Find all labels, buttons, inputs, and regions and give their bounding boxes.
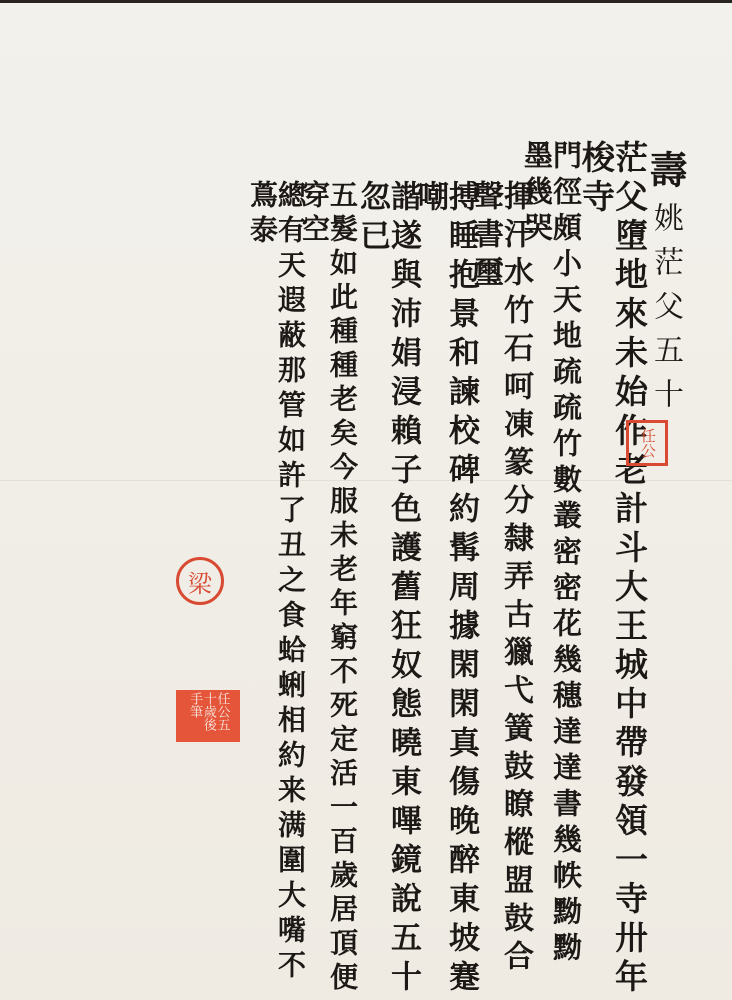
title-main-char: 壽: [643, 150, 688, 202]
calligraphy-sheet: 壽姚茫父五十 茫父墮地來未始作老計斗大王城中帶發領一寺卅年梭寺 門徑頗小天地疏疏…: [0, 0, 732, 1000]
title-rest: 姚茫父五十: [648, 202, 683, 422]
text-column-3: 揮汗水竹石呵凍篆分隸弄古獵弋簧鼓瞭樅盟鼓合聲書璽: [470, 180, 530, 1000]
seal-square-left: 任公五十歲後手筆: [176, 690, 240, 742]
seal-square-left-text: 任公五十歲後手筆: [188, 692, 229, 740]
title-column: 壽姚茫父五十: [646, 150, 684, 422]
seal-round: 梁: [176, 557, 224, 605]
seal-square-right: 任公: [626, 420, 668, 466]
seal-square-right-text: 任公: [639, 428, 655, 458]
text-column-5: 諧遂與沛娟浸賴子色護舊狂奴態曉東嗶鏡說五十忽已: [356, 180, 418, 1000]
text-column-7: 總有天遐蔽那管如許了丑之食蛤蜊相約来满圍大嘴不蔦泰: [248, 180, 304, 1000]
text-column-1: 茫父墮地來未始作老計斗大王城中帶發領一寺卅年梭寺: [580, 140, 646, 1000]
text-column-4: 搏睡抱景和諫校碑約髯周據閑閑真傷晚醉東坡蹇嘲: [414, 180, 476, 1000]
text-column-6: 五髮如此種種老矣今服未老年窮不死定活一百歲居頂便穿空: [300, 180, 356, 1000]
mount-edge: [0, 0, 732, 3]
seal-round-text: 梁: [188, 564, 212, 599]
